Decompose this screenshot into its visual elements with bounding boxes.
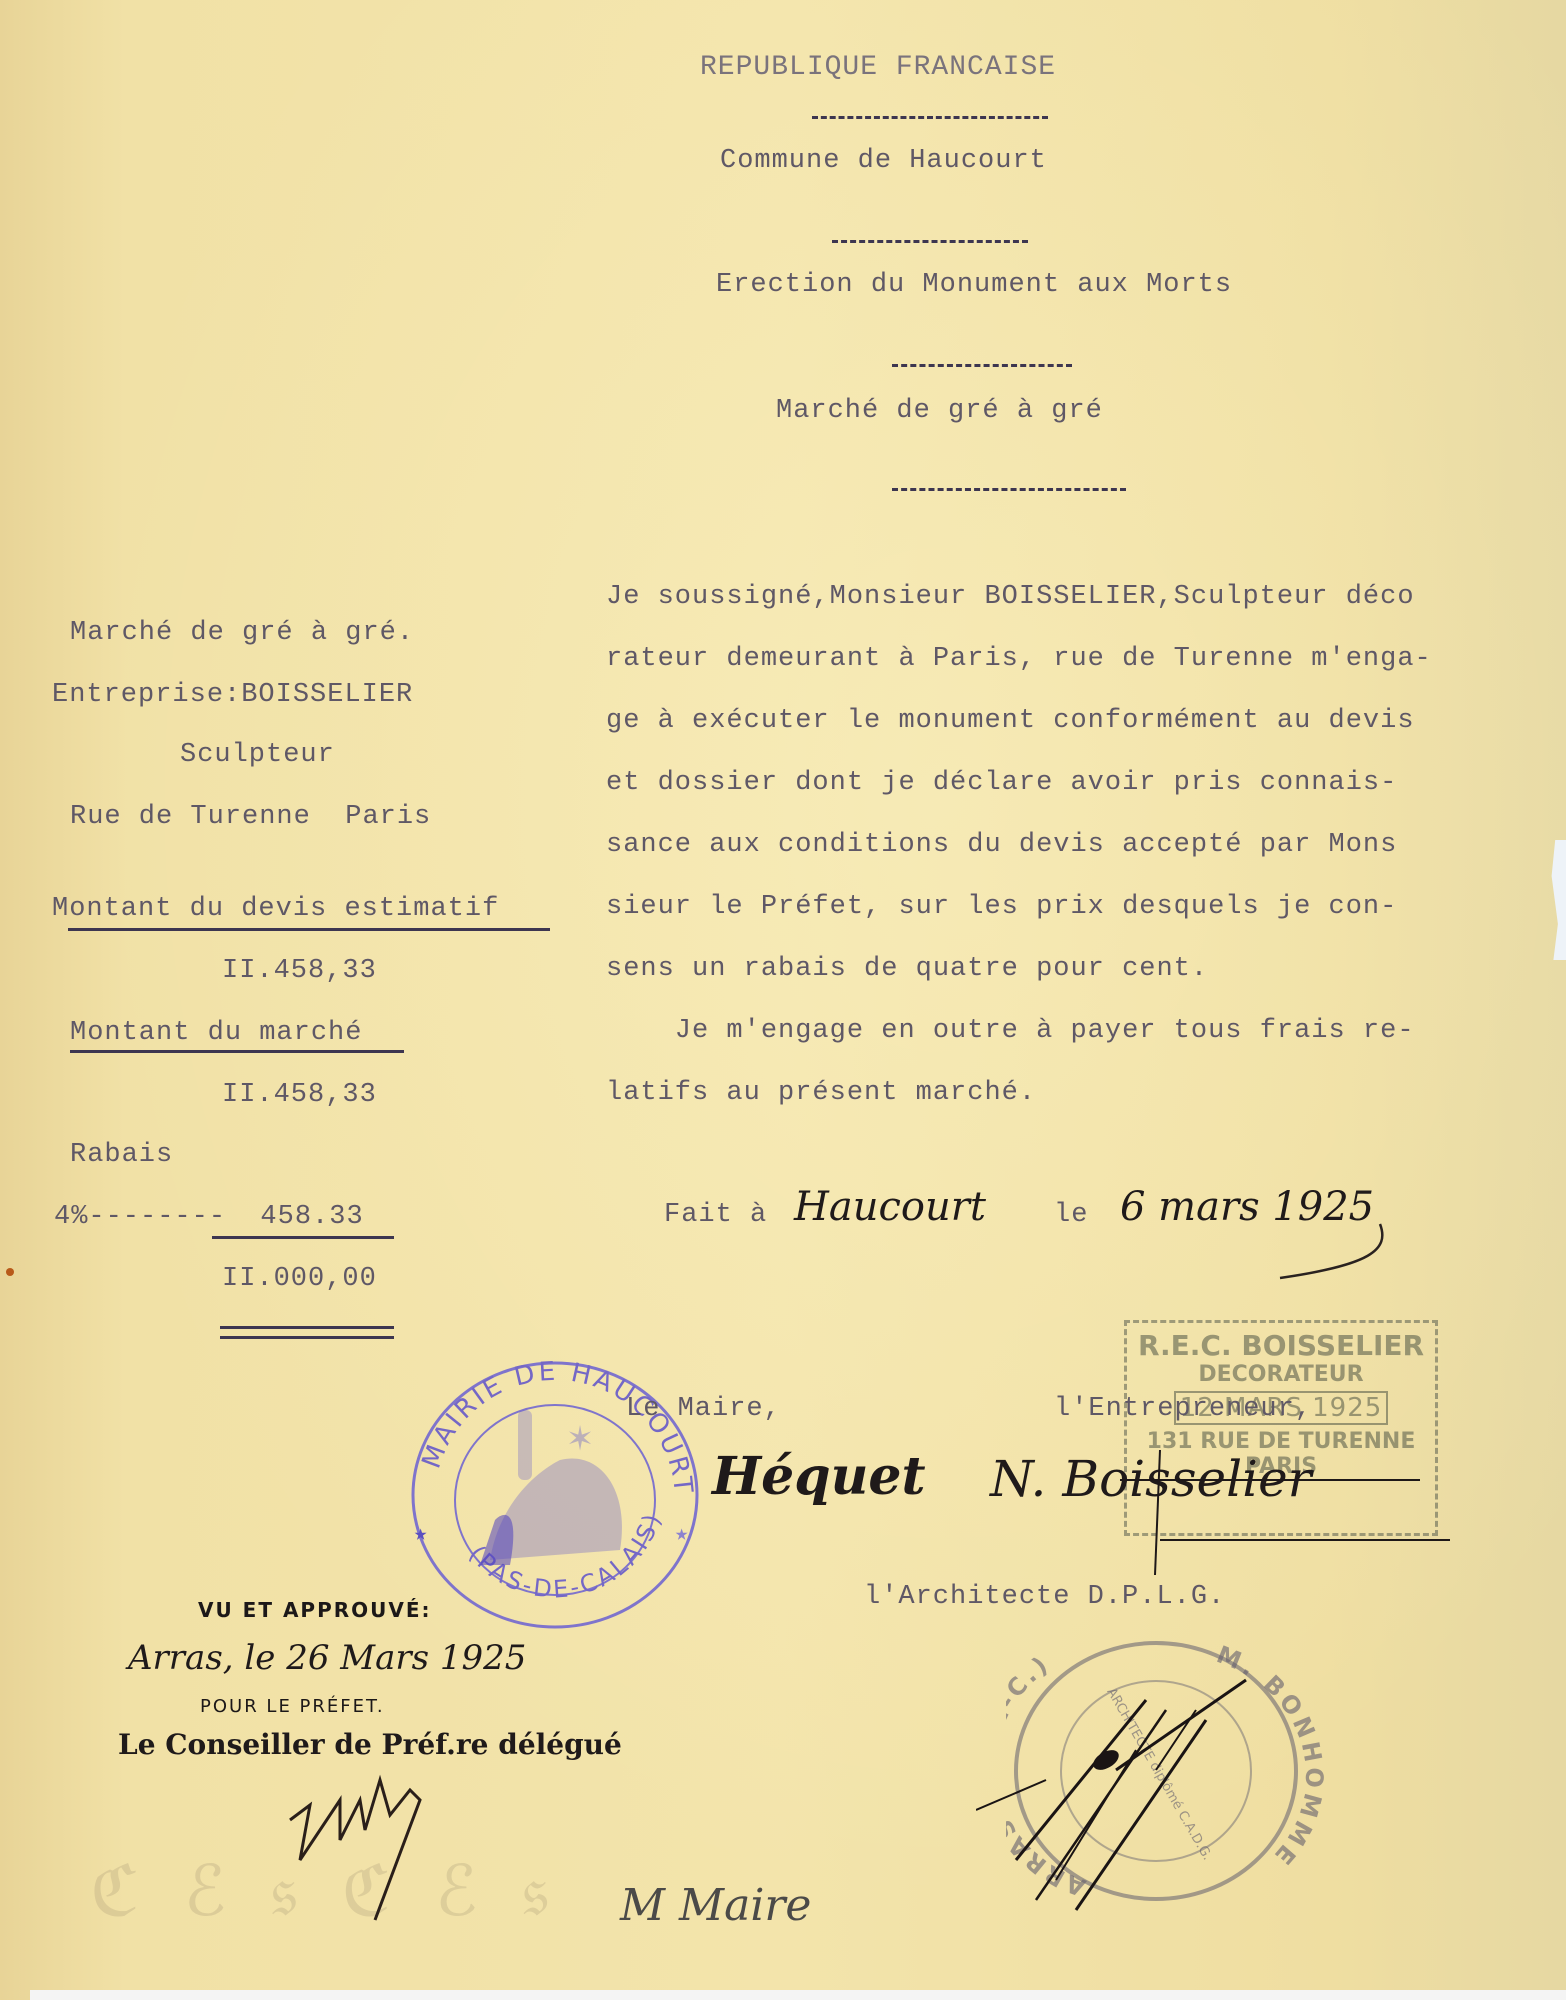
header-contract-type: Marché de gré à gré [776, 396, 1103, 426]
sidebar-company: Entreprise:BOISSELIER [52, 680, 413, 710]
svg-text:✶: ✶ [568, 1418, 592, 1463]
body-line: sance aux conditions du devis accepté pa… [606, 830, 1397, 860]
body-line: sieur le Préfet, sur les prix desquels j… [606, 892, 1397, 922]
sidebar-address: Rue de Turenne Paris [70, 802, 431, 832]
mayor-label: Le Maire, [626, 1394, 781, 1424]
body-line: ge à exécuter le monument conformément a… [606, 706, 1415, 736]
approval-place-date: Arras, le 26 Mars 1925 [128, 1638, 526, 1678]
sidebar-contract-value: II.458,33 [222, 1080, 377, 1110]
date-le: le [1054, 1200, 1088, 1230]
approval-for-prefect: POUR LE PRÉFET. [200, 1696, 385, 1717]
ink-spot [6, 1268, 14, 1276]
header-divider [892, 364, 1072, 367]
place-handwritten: Haucourt [794, 1184, 986, 1230]
header-commune: Commune de Haucourt [720, 146, 1047, 176]
sidebar-estimate-value: II.458,33 [222, 956, 377, 986]
body-line: rateur demeurant à Paris, rue de Turenne… [606, 644, 1432, 674]
sidebar-discount-label: Rabais [70, 1140, 173, 1170]
bottom-annotation: M Maire [620, 1880, 811, 1931]
date-flourish [1270, 1220, 1400, 1280]
stamp-line: DECORATEUR [1127, 1362, 1435, 1387]
approval-title: VU ET APPROUVÉ: [198, 1598, 432, 1622]
prefect-signature [280, 1760, 520, 1930]
estimate-underline [68, 928, 550, 931]
sidebar-discount-line: 4%-------- 458.33 [54, 1202, 364, 1232]
header-subject: Erection du Monument aux Morts [716, 270, 1232, 300]
body-line: et dossier dont je déclare avoir pris co… [606, 768, 1397, 798]
paper-bottom-edge [30, 1990, 1566, 2000]
svg-text:★: ★ [675, 1522, 688, 1547]
place-prefix: Fait à [664, 1200, 767, 1230]
header-divider [812, 116, 1048, 119]
body-line: sens un rabais de quatre pour cent. [606, 954, 1208, 984]
body-line: latifs au présent marché. [606, 1078, 1036, 1108]
mayor-signature: Héquet [712, 1446, 925, 1507]
header-divider [892, 488, 1126, 491]
body-line: Je m'engage en outre à payer tous frais … [606, 1016, 1415, 1046]
svg-text:★: ★ [414, 1522, 427, 1547]
sidebar-profession: Sculpteur [180, 740, 335, 770]
contractor-label: l'Entrepreneur, [1054, 1394, 1312, 1424]
header-divider [832, 240, 1028, 243]
total-double-underline [220, 1326, 394, 1329]
contract-underline [70, 1050, 404, 1053]
header-republic: REPUBLIQUE FRANCAISE [700, 52, 1056, 83]
body-line: Je soussigné,Monsieur BOISSELIER,Sculpte… [606, 582, 1415, 612]
stamp-line: R.E.C. BOISSELIER [1127, 1329, 1435, 1362]
architect-signature [976, 1660, 1296, 1920]
total-double-underline [220, 1336, 394, 1339]
contractor-flourish [1100, 1450, 1460, 1580]
sidebar-contract-type: Marché de gré à gré. [70, 618, 414, 648]
sidebar-estimate-label: Montant du devis estimatif [52, 894, 499, 924]
sidebar-total-value: II.000,00 [222, 1264, 377, 1294]
discount-underline [212, 1236, 394, 1239]
sidebar-contract-label: Montant du marché [70, 1018, 362, 1048]
approval-delegate: Le Conseiller de Préf.re délégué [118, 1728, 622, 1761]
paper-tear [1548, 840, 1566, 960]
architect-label: l'Architecte D.P.L.G. [864, 1582, 1225, 1612]
